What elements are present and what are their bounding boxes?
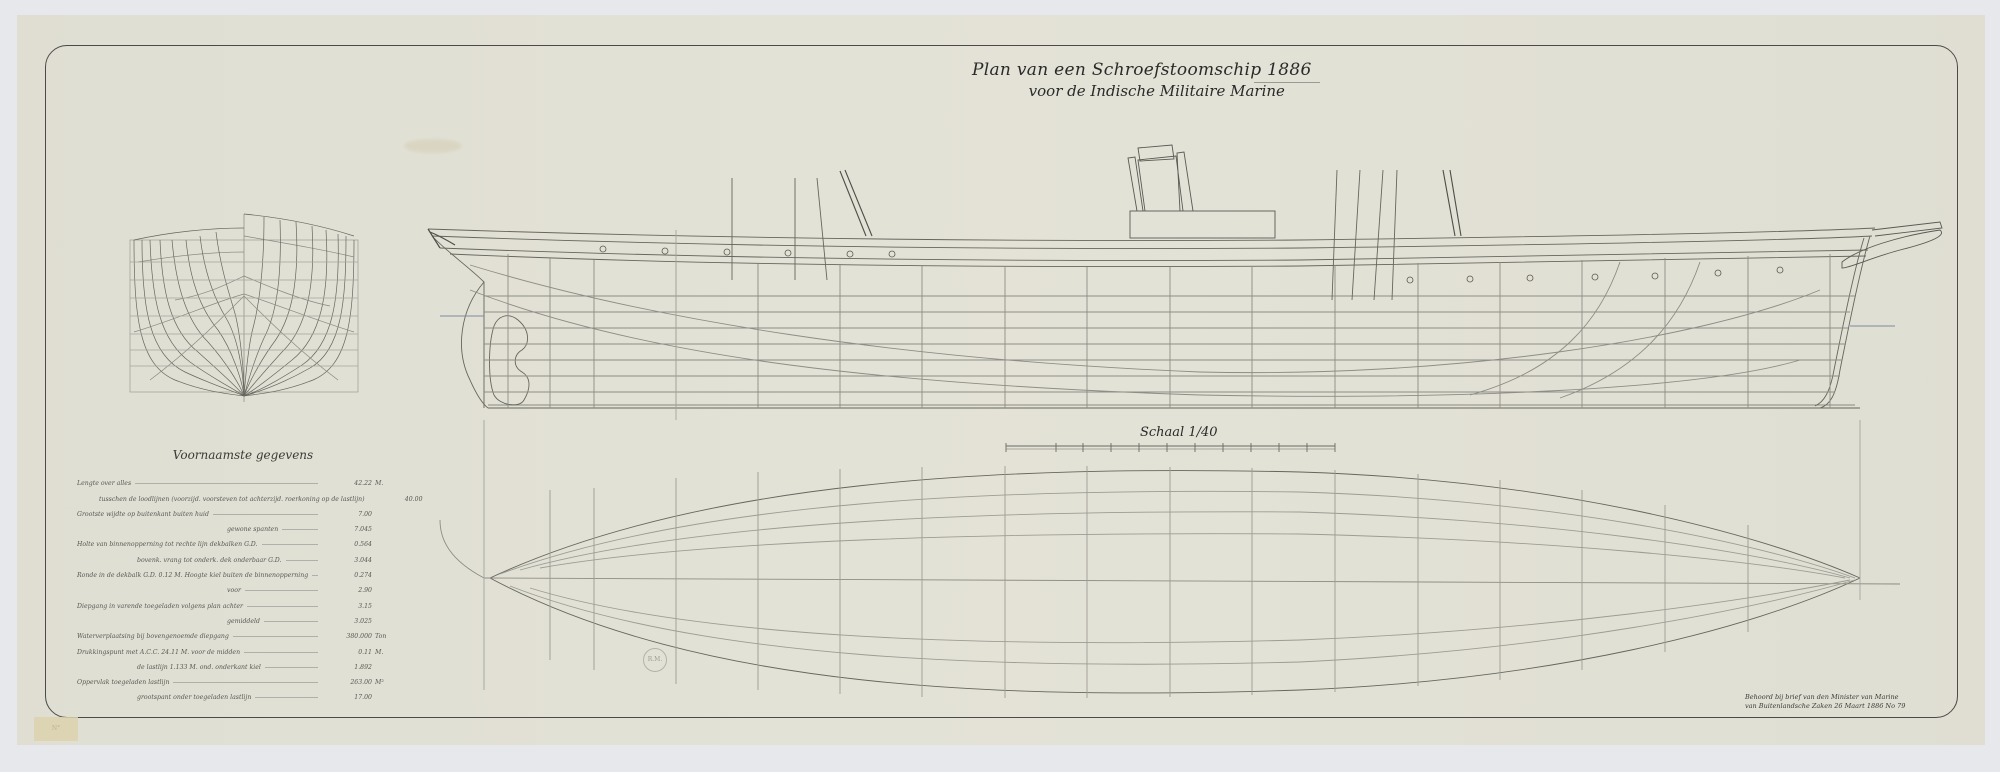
spec-row: Oppervlak toegeladen lastlijn263.00M² (77, 671, 389, 686)
spec-row: tusschen de loodlijnen (voorzijd. voorst… (77, 487, 389, 502)
scale-label: Schaal 1/40 (1140, 425, 1218, 440)
spec-row: gemiddeld3.025 (77, 610, 389, 625)
sheer-plan (428, 145, 1942, 420)
scale-bar (1006, 443, 1335, 452)
spec-row: Waterverplaatsing bij bovengenoemde diep… (77, 625, 389, 640)
spec-row: Ronde in de dekbalk G.D. 0.12 M. Hoogte … (77, 564, 389, 579)
archive-tag: N° (34, 717, 78, 741)
spec-row: Grootste wijdte op buitenkant buiten hui… (77, 503, 389, 518)
spec-row: Diepgang in varende toegeladen volgens p… (77, 594, 389, 609)
specifications-heading: Voornaamste gegevens (77, 448, 389, 462)
spec-row: Drukkingspunt met A.C.C. 24.11 M. voor d… (77, 640, 389, 655)
body-plan (130, 214, 358, 402)
spec-row: grootspant onder toegeladen lastlijn17.0… (77, 686, 389, 701)
archive-stamp: R.M. (643, 648, 667, 672)
signature-line-2: van Buitenlandsche Zaken 26 Maart 1886 N… (1745, 702, 1905, 711)
spec-row: de lastlijn 1.133 M. ond. onderkant kiel… (77, 656, 389, 671)
signature-note: Behoord bij brief van den Minister van M… (1745, 693, 1905, 711)
spec-row: Lengte over alles42.22M. (77, 472, 389, 487)
spec-row: Holte van binnenopperning tot rechte lij… (77, 533, 389, 548)
spec-row: gewone spanten7.045 (77, 518, 389, 533)
specifications-table: Voornaamste gegevens Lengte over alles42… (77, 448, 389, 701)
spec-row: bovenk. vrang tot onderk. dek onderbaar … (77, 548, 389, 563)
spec-row: voor2.90 (77, 579, 389, 594)
signature-line-1: Behoord bij brief van den Minister van M… (1745, 693, 1905, 702)
